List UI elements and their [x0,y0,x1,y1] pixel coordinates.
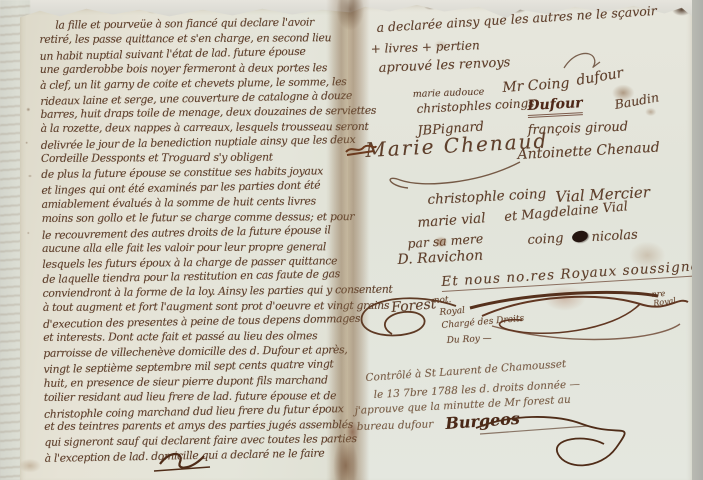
signature-text: nicolas [591,228,638,245]
signature-text: not. [433,295,451,306]
ink-smudge [436,238,446,246]
manuscript-line: aucune alla elle fait les valoir pour le… [42,240,344,257]
manuscript-line: Cordeille Dessponts et Troguard s'y obli… [41,150,343,167]
signature-text: Dufour [527,95,583,118]
manuscript-line: et des teintres parents et amys des part… [44,419,346,436]
manuscript-line: une garderobbe bois noyer fermeront à de… [40,61,342,78]
left-page-text-block: la fille et pourveüe à son fiancé qui de… [39,15,346,466]
manuscript-photo: la fille et pourveüe à son fiancé qui de… [0,0,703,480]
photo-background-edge [692,0,703,480]
manuscript-line: et interests. Dont acte fait et passé au… [43,329,345,346]
signature-text: coing [527,231,564,248]
